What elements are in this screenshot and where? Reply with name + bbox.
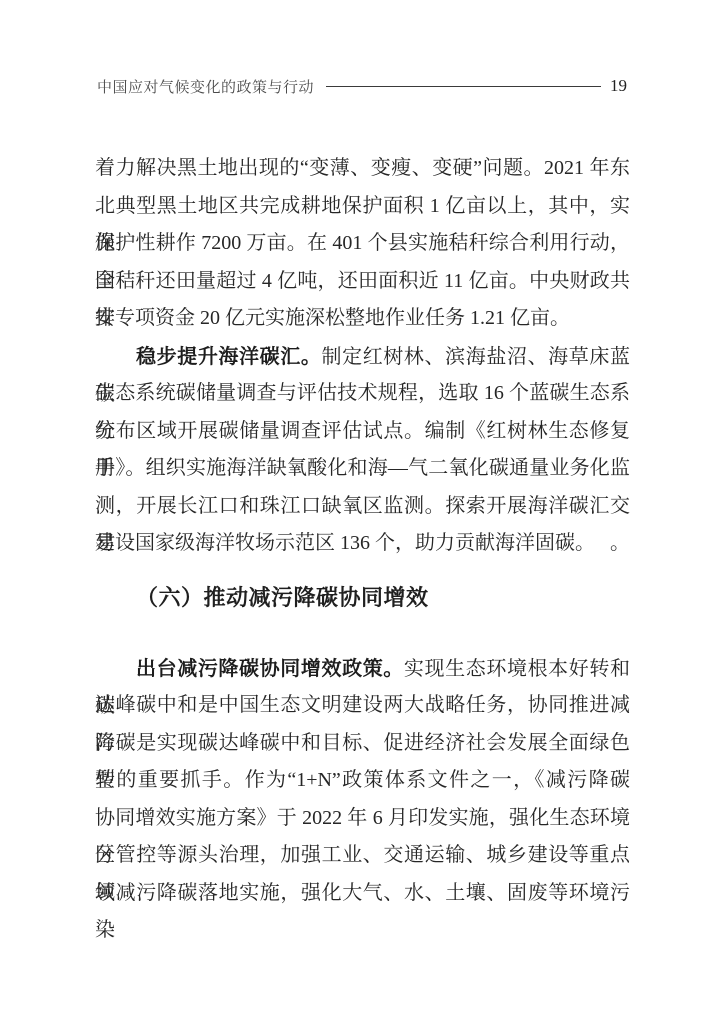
body-line: 国秸秆还田量超过 4 亿吨，还田面积近 11 亿亩。中央财政共安: [95, 263, 630, 301]
body-line: 降碳是实现碳达峰碳中和目标、促进经济社会发展全面绿色转: [95, 725, 630, 763]
page-body: 着力解决黑土地出现的“变薄、变瘦、变硬”问题。2021 年东 北典型黑土地区共完…: [95, 150, 630, 912]
section-heading: （六）推动减污降碳协同增效: [95, 577, 630, 621]
body-line: 保护性耕作 7200 万亩。在 401 个县实施秸秆综合利用行动，全: [95, 225, 630, 263]
body-line: 出台减污降碳协同增效政策。实现生态环境根本好转和碳: [95, 650, 630, 688]
bold-lead: 出台减污降碳协同增效政策。: [136, 656, 404, 680]
body-line: 型的重要抓手。作为“1+N”政策体系文件之一，《减污降碳: [95, 762, 630, 800]
body-line: 着力解决黑土地出现的“变薄、变瘦、变硬”问题。2021 年东: [95, 150, 630, 188]
body-line: 建设国家级海洋牧场示范区 136 个，助力贡献海洋固碳。: [95, 525, 630, 563]
body-line: 区管控等源头治理，加强工业、交通运输、城乡建设等重点领: [95, 837, 630, 875]
page-header: 中国应对气候变化的政策与行动 19: [97, 76, 627, 96]
paragraph-2: 稳步提升海洋碳汇。制定红树林、滨海盐沼、海草床蓝碳 生态系统碳储量调查与评估技术…: [95, 338, 630, 563]
body-line: 排专项资金 20 亿元实施深松整地作业任务 1.21 亿亩。: [95, 300, 630, 338]
paragraph-3: 出台减污降碳协同增效政策。实现生态环境根本好转和碳 达峰碳中和是中国生态文明建设…: [95, 650, 630, 913]
body-line: 北典型黑土地区共完成耕地保护面积 1 亿亩以上，其中，实施: [95, 188, 630, 226]
body-line: 分布区域开展碳储量调查评估试点。编制《红树林生态修复手: [95, 413, 630, 451]
body-line: 生态系统碳储量调查与评估技术规程，选取 16 个蓝碳生态系统: [95, 375, 630, 413]
body-line: 测，开展长江口和珠江口缺氧区监测。探索开展海洋碳汇交易。: [95, 488, 630, 526]
bold-lead: 稳步提升海洋碳汇。: [136, 344, 321, 368]
header-rule-line: [326, 86, 601, 87]
body-line: 协同增效实施方案》于 2022 年 6 月印发实施，强化生态环境分: [95, 800, 630, 838]
paragraph-1: 着力解决黑土地出现的“变薄、变瘦、变硬”问题。2021 年东 北典型黑土地区共完…: [95, 150, 630, 338]
page-number: 19: [610, 76, 627, 96]
document-page: 中国应对气候变化的政策与行动 19 着力解决黑土地出现的“变薄、变瘦、变硬”问题…: [0, 0, 724, 1023]
body-line: 达峰碳中和是中国生态文明建设两大战略任务，协同推进减污: [95, 687, 630, 725]
body-line: 域减污降碳落地实施，强化大气、水、土壤、固废等环境污染: [95, 875, 630, 913]
body-line: 稳步提升海洋碳汇。制定红树林、滨海盐沼、海草床蓝碳: [95, 338, 630, 376]
header-title: 中国应对气候变化的政策与行动: [97, 76, 314, 97]
body-line: 册》。组织实施海洋缺氧酸化和海—气二氧化碳通量业务化监: [95, 450, 630, 488]
